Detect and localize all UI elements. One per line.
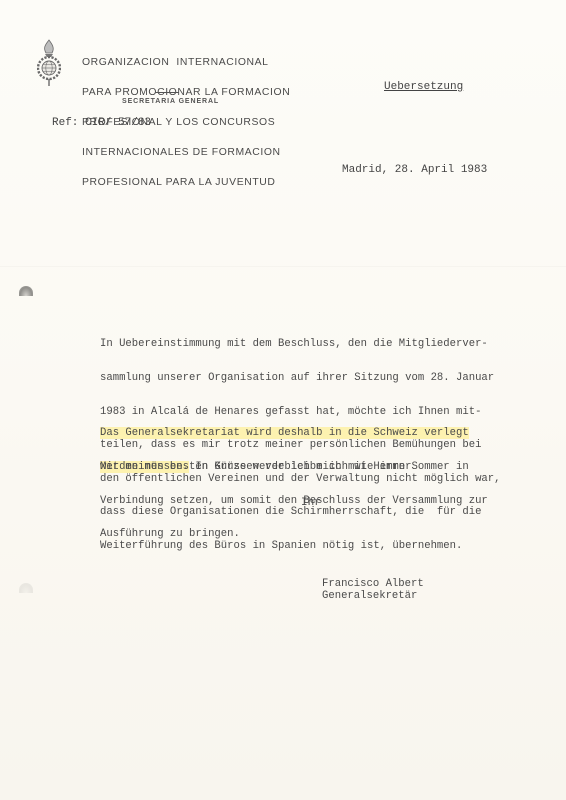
letterhead-line: ORGANIZACION INTERNACIONAL	[82, 58, 290, 68]
translation-label: Uebersetzung	[384, 81, 463, 93]
body-paragraph-3: Mit meinen besten Grüssen verbleibe ich …	[100, 462, 540, 473]
text-line: Ausführung zu bringen.	[100, 529, 540, 540]
signature-block: Francisco Albert Generalsekretär	[322, 578, 424, 602]
letter-page: ORGANIZACION INTERNACIONAL PARA PROMOCIO…	[0, 0, 566, 800]
letterhead-line: INTERNACIONALES DE FORMACION	[82, 148, 290, 158]
letterhead-line: PARA PROMOCIONAR LA FORMACION	[82, 88, 290, 98]
punch-hole-icon	[19, 286, 33, 296]
date-line: Madrid, 28. April 1983	[342, 164, 487, 176]
punch-hole-icon	[19, 583, 33, 593]
text-line: Das Generalsekretariat wird deshalb in d…	[100, 428, 540, 439]
text-line: In Uebereinstimmung mit dem Beschluss, d…	[100, 339, 540, 350]
letterhead-divider	[155, 92, 179, 93]
organization-logo-icon	[37, 37, 61, 87]
closing-word: Ihr	[301, 497, 321, 509]
reference-number: Ref: CIR/ 57/83	[52, 117, 151, 129]
highlighted-text: Das Generalsekretariat wird deshalb in d…	[100, 427, 469, 439]
body-paragraph-2: Das Generalsekretariat wird deshalb in d…	[100, 406, 540, 563]
signatory-title: Generalsekretär	[322, 590, 424, 602]
letterhead-line: PROFESIONAL PARA LA JUVENTUD	[82, 178, 290, 188]
signatory-name: Francisco Albert	[322, 578, 424, 590]
paper-fold-line	[0, 266, 566, 267]
department-name: SECRETARIA GENERAL	[122, 98, 219, 105]
text-line: sammlung unserer Organisation auf ihrer …	[100, 373, 540, 384]
